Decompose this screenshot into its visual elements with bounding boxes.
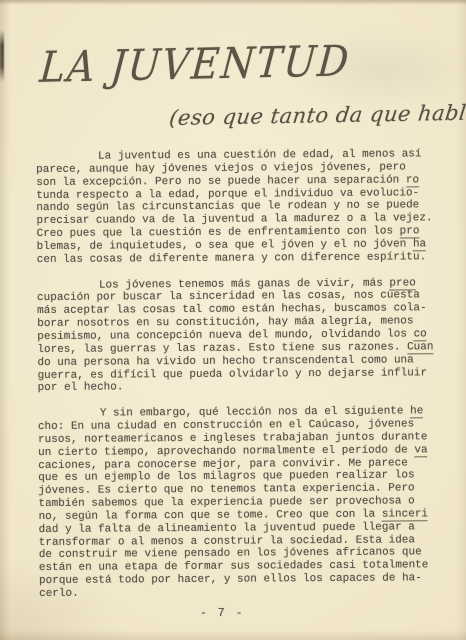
scanned-page: LA JUVENTUD (eso que tanto da que hablar… <box>0 0 466 640</box>
underlined-syllable: sinceri <box>382 508 428 521</box>
paragraph: Los jóvenes tenemos más ganas de vivir, … <box>37 277 454 395</box>
underlined-syllable: pro <box>400 225 420 238</box>
underlined-syllable: Cuan <box>407 341 433 354</box>
text-line: por el hecho. <box>38 379 454 395</box>
underlined-syllable: ro <box>406 174 419 187</box>
scan-edge-mark <box>0 30 4 82</box>
underlined-syllable: he <box>410 405 423 418</box>
paragraph: Y sin embargo, qué lección nos da el sig… <box>38 405 455 601</box>
body-text: La juventud es una cuestión de edad, al … <box>36 148 455 614</box>
text-line: cen las cosas de diferente manera y con … <box>37 251 453 267</box>
underlined-syllable: co <box>414 328 427 341</box>
page-number: - 7 - <box>200 607 245 620</box>
paragraph: La juventud es una cuestión de edad, al … <box>36 148 453 266</box>
page-subtitle: (eso que tanto da que hablar) <box>168 100 466 130</box>
underlined-syllable: preo <box>389 277 415 290</box>
underlined-syllable: ha <box>413 238 426 251</box>
underlined-syllable: va <box>414 444 427 457</box>
page-title: LA JUVENTUD <box>38 36 352 92</box>
